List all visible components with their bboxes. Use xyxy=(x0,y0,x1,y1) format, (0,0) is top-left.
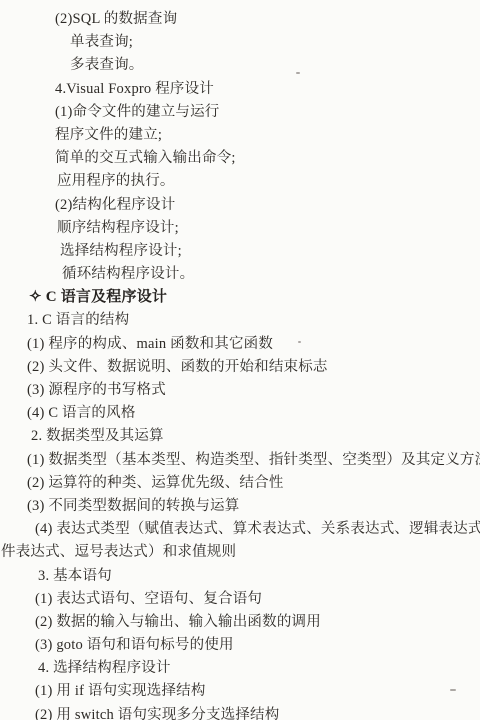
text-line: (4) 表达式类型（赋值表达式、算术表达式、关系表达式、逻辑表达式、条 xyxy=(0,518,480,541)
text-line: (2) 运算符的种类、运算优先级、结合性 xyxy=(0,472,480,495)
text-line: (3) 不同类型数据间的转换与运算 xyxy=(0,495,480,518)
text-line: (1) 数据类型（基本类型、构造类型、指针类型、空类型）及其定义方法 xyxy=(0,449,480,472)
text-line: 1. C 语言的结构 xyxy=(0,309,480,332)
text-line: (2) 头文件、数据说明、函数的开始和结束标志 xyxy=(0,356,480,379)
text-line: (1)命令文件的建立与运行 xyxy=(0,101,480,124)
text-line: 程序文件的建立; xyxy=(0,124,480,147)
text-line: (1) 用 if 语句实现选择结构 xyxy=(0,680,480,703)
text-line: 件表达式、逗号表达式）和求值规则 xyxy=(0,541,480,564)
text-line: 4.Visual Foxpro 程序设计 xyxy=(0,78,480,101)
text-line: 单表查询; xyxy=(0,31,480,54)
scan-speck xyxy=(298,341,301,343)
text-line: 多表查询。 xyxy=(0,54,480,77)
text-line: (2)结构化程序设计 xyxy=(0,194,480,217)
text-line: 简单的交互式输入输出命令; xyxy=(0,147,480,170)
text-line: (2) 用 switch 语句实现多分支选择结构 xyxy=(0,704,480,720)
text-line: 2. 数据类型及其运算 xyxy=(0,425,480,448)
text-line: (1) 表达式语句、空语句、复合语句 xyxy=(0,588,480,611)
text-line: 选择结构程序设计; xyxy=(0,240,480,263)
text-line: 应用程序的执行。 xyxy=(0,170,480,193)
text-line: (2) 数据的输入与输出、输入输出函数的调用 xyxy=(0,611,480,634)
scan-speck xyxy=(450,689,456,691)
text-line: 顺序结构程序设计; xyxy=(0,217,480,240)
document-text: (2)SQL 的数据查询单表查询;多表查询。4.Visual Foxpro 程序… xyxy=(0,8,480,720)
section-heading: ✧ C 语言及程序设计 xyxy=(0,286,480,309)
text-line: 4. 选择结构程序设计 xyxy=(0,657,480,680)
text-line: 3. 基本语句 xyxy=(0,565,480,588)
text-line: (1) 程序的构成、main 函数和其它函数 xyxy=(0,333,480,356)
scan-speck xyxy=(296,72,300,74)
document-page: (2)SQL 的数据查询单表查询;多表查询。4.Visual Foxpro 程序… xyxy=(0,0,480,720)
text-line: (2)SQL 的数据查询 xyxy=(0,8,480,31)
text-line: 循环结构程序设计。 xyxy=(0,263,480,286)
text-line: (4) C 语言的风格 xyxy=(0,402,480,425)
text-line: (3) 源程序的书写格式 xyxy=(0,379,480,402)
text-line: (3) goto 语句和语句标号的使用 xyxy=(0,634,480,657)
